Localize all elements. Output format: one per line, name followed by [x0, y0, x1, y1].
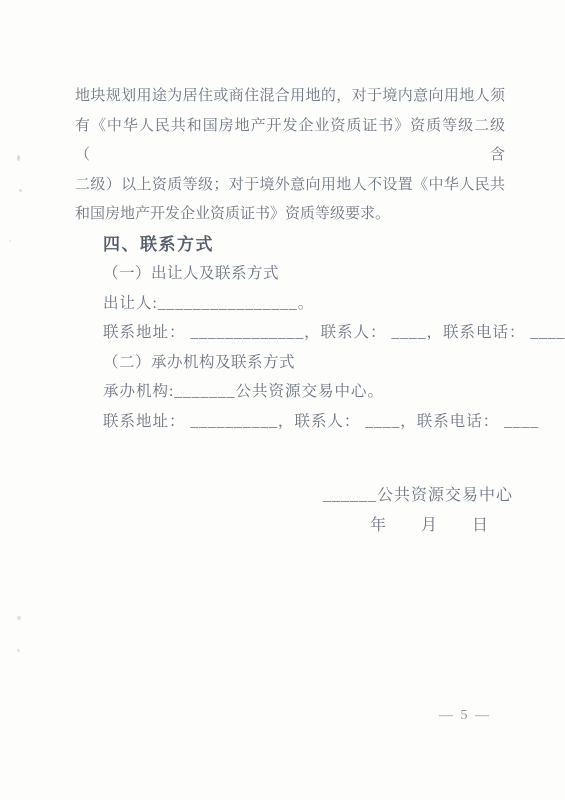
scan-artifact-speck [17, 616, 21, 620]
agency-blank-line: 承办机构:_______公共资源交易中心。 [75, 377, 505, 407]
signature-organization: ______公共资源交易中心 [323, 481, 513, 511]
subsection-2-heading-agency: （二）承办机构及联系方式 [75, 348, 505, 378]
transferor-blank-line: 出让人:________________。 [75, 289, 505, 319]
signature-block: ______公共资源交易中心 年 月 日 [323, 481, 513, 540]
scan-artifact-speck [9, 240, 11, 242]
body-paragraph-line: 有《中华人民共和国房地产开发企业资质证书》资质等级二级（含 [75, 112, 505, 171]
page-number: — 5 — [439, 708, 491, 724]
body-paragraph-line: 地块规划用途为居住或商住混合用地的，对于境内意向用地人须 [75, 82, 505, 112]
scanned-document-page: 地块规划用途为居住或商住混合用地的，对于境内意向用地人须 有《中华人民共和国房地… [0, 0, 565, 800]
agency-contact-line: 联系地址： __________，联系人： ____，联系电话： ____ [75, 407, 505, 437]
scan-artifact-speck [19, 189, 22, 192]
section-heading-contact-info: 四、联系方式 [75, 230, 505, 260]
scan-artifact-speck [17, 649, 20, 652]
signature-date: 年 月 日 [323, 511, 513, 541]
subsection-1-heading-transferor: （一）出让人及联系方式 [75, 259, 505, 289]
document-body: 地块规划用途为居住或商住混合用地的，对于境内意向用地人须 有《中华人民共和国房地… [75, 82, 505, 436]
body-paragraph-line: 和国房地产开发企业资质证书》资质等级要求。 [75, 200, 505, 230]
transferor-contact-line: 联系地址： _____________，联系人： ____，联系电话： ____ [75, 318, 505, 348]
body-paragraph-line: 二级）以上资质等级；对于境外意向用地人不设置《中华人民共 [75, 171, 505, 201]
scan-artifact-speck [17, 155, 20, 161]
